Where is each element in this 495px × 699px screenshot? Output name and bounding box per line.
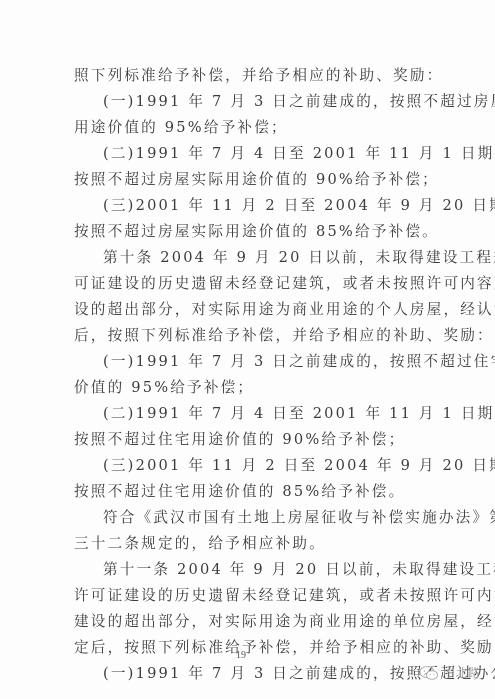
text-line: 三十二条规定的，给予相应补助。 xyxy=(74,531,420,557)
text-line: 符合《武汉市国有土地上房屋征收与补偿实施办法》第 xyxy=(74,505,420,531)
watermark: 中北路 xyxy=(419,664,481,681)
text-line: (二)1991 年 7 月 4 日至 2001 年 11 月 1 日期间建成的， xyxy=(74,141,420,167)
text-line: 第十一条 2004 年 9 月 20 日以前，未取得建设工程规划 xyxy=(74,557,420,583)
page-number: 19 xyxy=(236,650,246,661)
text-line: 可证建设的历史遗留未经登记建筑，或者未按照许可内容建 xyxy=(74,271,420,297)
document-page: 照下列标准给予补偿，并给予相应的补助、奖励：(一)1991 年 7 月 3 日之… xyxy=(0,0,495,699)
text-line: 后，按照下列标准给予补偿，并给予相应的补助、奖励： xyxy=(74,323,420,349)
text-line: 设的超出部分，对实际用途为商业用途的个人房屋，经认定 xyxy=(74,297,420,323)
text-line: (二)1991 年 7 月 4 日至 2001 年 11 月 1 日期间建成的， xyxy=(74,401,420,427)
text-line: 照下列标准给予补偿，并给予相应的补助、奖励： xyxy=(74,63,420,89)
text-line: (一)1991 年 7 月 3 日之前建成的，按照不超过办公用途 xyxy=(74,661,420,687)
text-line: (三)2001 年 11 月 2 日至 2004 年 9 月 20 日期间建成的… xyxy=(74,193,420,219)
text-line: 按照不超过房屋实际用途价值的 85%给予补偿。 xyxy=(74,219,420,245)
text-line: (一)1991 年 7 月 3 日之前建成的，按照不超过住宅用途 xyxy=(74,349,420,375)
text-line: (一)1991 年 7 月 3 日之前建成的，按照不超过房屋实际 xyxy=(74,89,420,115)
wechat-icon xyxy=(419,665,439,681)
text-line: (三)2001 年 11 月 2 日至 2004 年 9 月 20 日期间建成的… xyxy=(74,453,420,479)
text-line: 价值的 95%给予补偿； xyxy=(74,375,420,401)
text-line: 按照不超过房屋实际用途价值的 90%给予补偿； xyxy=(74,167,420,193)
text-line: 按照不超过住宅用途价值的 90%给予补偿； xyxy=(74,427,420,453)
text-line: 按照不超过住宅用途价值的 85%给予补偿。 xyxy=(74,479,420,505)
text-line: 建设的超出部分，对实际用途为商业用途的单位房屋，经认 xyxy=(74,609,420,635)
document-body: 照下列标准给予补偿，并给予相应的补助、奖励：(一)1991 年 7 月 3 日之… xyxy=(74,63,420,687)
watermark-label: 中北路 xyxy=(443,664,481,681)
text-line: 用途价值的 95%给予补偿； xyxy=(74,115,420,141)
text-line: 许可证建设的历史遗留未经登记建筑，或者未按照许可内容 xyxy=(74,583,420,609)
text-line: 定后，按照下列标准给予补偿，并给予相应的补助、奖励： xyxy=(74,635,420,661)
text-line: 第十条 2004 年 9 月 20 日以前，未取得建设工程规划许 xyxy=(74,245,420,271)
